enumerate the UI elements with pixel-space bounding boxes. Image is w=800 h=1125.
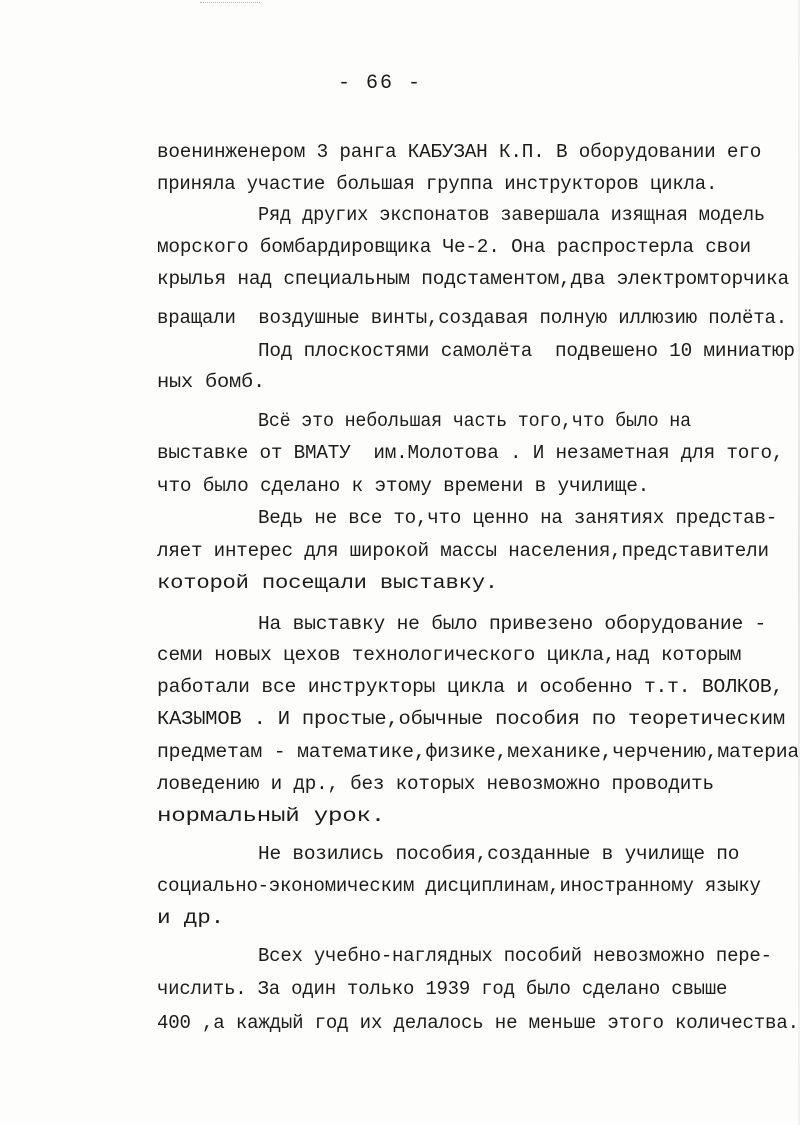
text-line: военинженером 3 ранга КАБУЗАН К.П. В обо… <box>157 140 761 164</box>
text-line: работали все инструкторы цикла и особенн… <box>157 675 783 699</box>
text-line: морского бомбардировщика Че-2. Она распр… <box>157 235 751 259</box>
scan-artifact <box>200 2 260 9</box>
text-line: 400 ,а каждый год их делалось не меньше … <box>157 1011 799 1035</box>
text-line: Под плоскостями самолёта подвешено 10 ми… <box>258 339 800 363</box>
text-line: нормальный урок. <box>157 804 385 828</box>
text-line: Всех учебно-наглядных пособий невозможно… <box>258 944 772 968</box>
document-page: - 66 - военинженером 3 ранга КАБУЗАН К.П… <box>0 0 800 1125</box>
text-line: семи новых цехов технологического цикла,… <box>157 643 741 667</box>
text-line: выставке от ВМАТУ им.Молотова . И незаме… <box>157 441 783 465</box>
text-line: и др. <box>157 906 224 930</box>
text-line: Всё это небольшая часть того,что было на <box>258 409 691 433</box>
text-line: вращали воздушные винты,создавая полную … <box>157 306 787 330</box>
text-line: На выставку не было привезено оборудован… <box>258 612 766 636</box>
page-number: - 66 - <box>0 72 760 95</box>
text-line: ляет интерес для широкой массы населения… <box>157 539 769 563</box>
text-line: крылья над специальным подстаментом,два … <box>157 267 789 291</box>
text-line: числить. За один только 1939 год было сд… <box>157 977 727 1001</box>
text-line: ных бомб. <box>157 370 265 394</box>
text-line: Ряд других экспонатов завершала изящная … <box>258 203 765 227</box>
text-line: которой посещали выставку. <box>157 571 498 595</box>
text-line: что было сделано к этому времени в учили… <box>157 474 649 498</box>
text-line: социально-экономическим дисциплинам,инос… <box>157 874 761 898</box>
text-line: приняла участие большая группа инструкто… <box>157 172 717 196</box>
text-line: предметам - математике,физике,механике,ч… <box>157 740 800 764</box>
text-line: Ведь не все то,что ценно на занятиях пре… <box>258 506 777 530</box>
text-line: ловедению и др., без которых невозможно … <box>157 772 714 796</box>
text-line: КАЗЫМОВ . И простые,обычные пособия по т… <box>157 707 785 731</box>
text-line: Не возились пособия,созданные в училище … <box>258 842 739 866</box>
